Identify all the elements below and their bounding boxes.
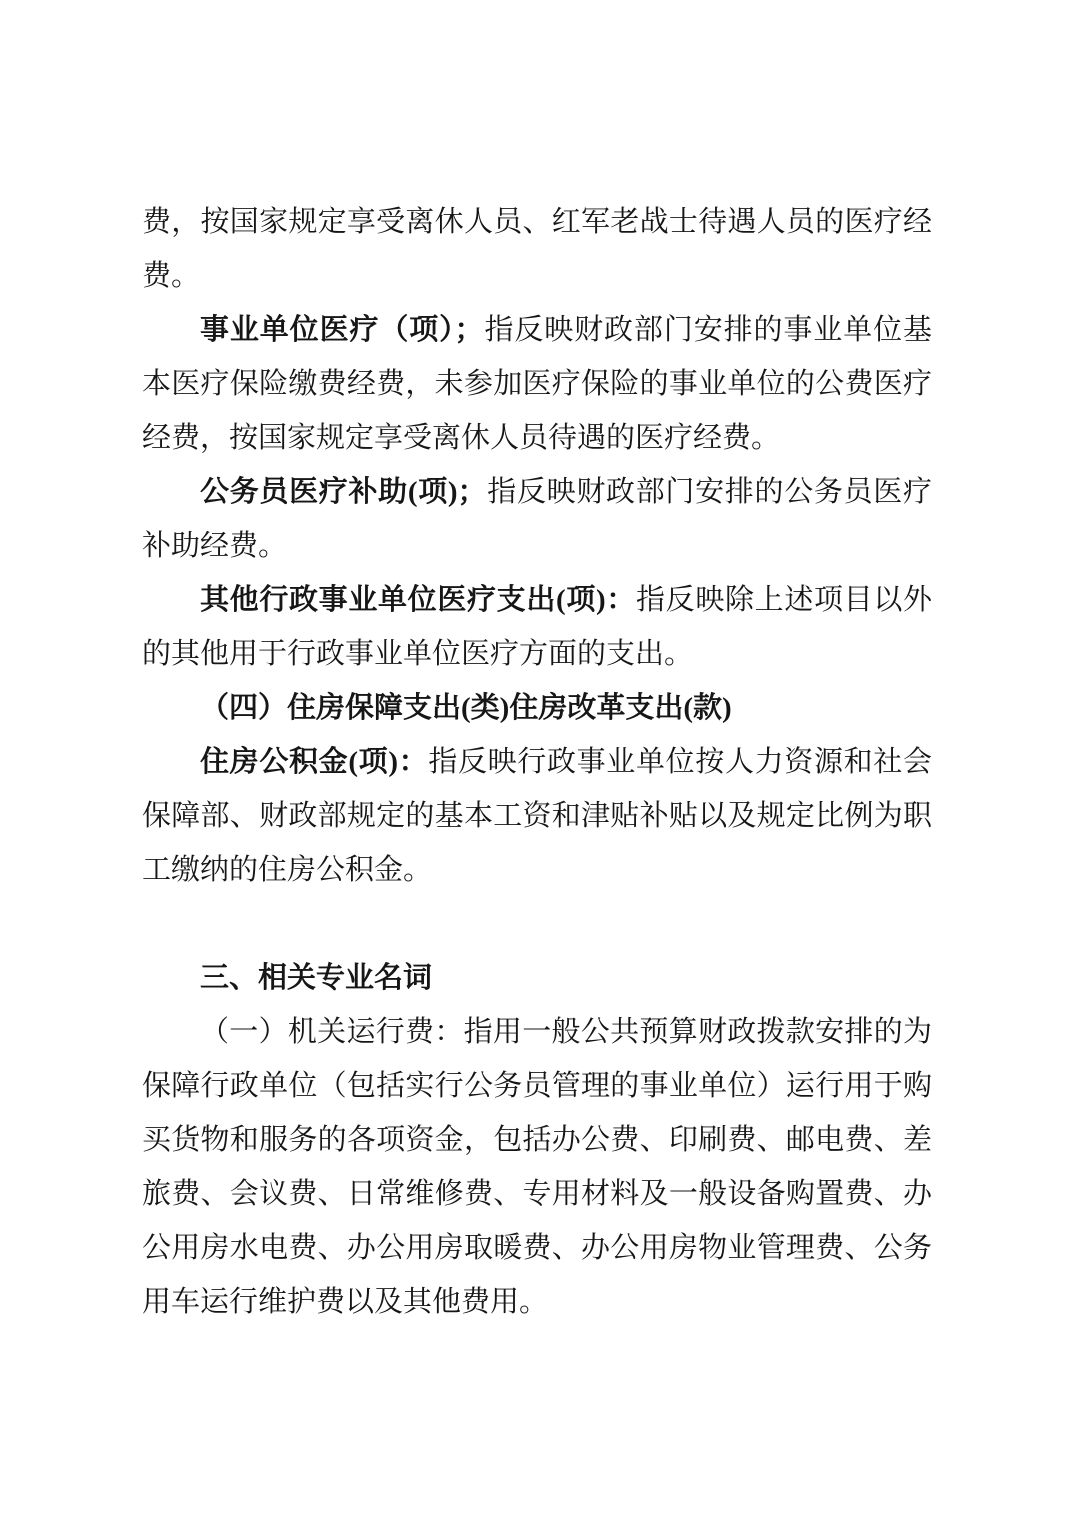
line-text: 保障部、财政部规定的基本工资和津贴补贴以及规定比例为职 [142, 800, 932, 832]
text-line: 用车运行维护费以及其他费用。 [142, 1275, 932, 1329]
text-line: 费，按国家规定享受离休人员、红军老战士待遇人员的医疗经 [142, 195, 932, 249]
line-text: 工缴纳的住房公积金。 [142, 854, 432, 886]
line-text: 旅费、会议费、日常维修费、专用材料及一般设备购置费、办 [142, 1178, 932, 1210]
document-page: 费，按国家规定享受离休人员、红军老战士待遇人员的医疗经 费。 事业单位医疗（项）… [0, 0, 1074, 1520]
blank-line [142, 897, 932, 951]
term-label: 事业单位医疗（项）； [200, 314, 484, 346]
line-text: 费。 [142, 260, 200, 292]
document-content: 费，按国家规定享受离休人员、红军老战士待遇人员的医疗经 费。 事业单位医疗（项）… [142, 195, 932, 1329]
text-line: 事业单位医疗（项）；指反映财政部门安排的事业单位基 [142, 303, 932, 357]
line-text: 指反映财政部门安排的事业单位基 [484, 314, 932, 346]
line-text: 用车运行维护费以及其他费用。 [142, 1286, 548, 1318]
text-line: 保障行政单位（包括实行公务员管理的事业单位）运行用于购 [142, 1059, 932, 1113]
text-line: 公务员医疗补助(项)；指反映财政部门安排的公务员医疗 [142, 465, 932, 519]
line-text: 指反映除上述项目以外 [636, 584, 932, 616]
line-text: 补助经费。 [142, 530, 287, 562]
line-text: 费，按国家规定享受离休人员、红军老战士待遇人员的医疗经 [142, 206, 932, 238]
line-text: 买货物和服务的各项资金，包括办公费、印刷费、邮电费、差 [142, 1124, 932, 1156]
text-line: 补助经费。 [142, 519, 932, 573]
line-text: （一）机关运行费：指用一般公共预算财政拨款安排的为 [200, 1016, 932, 1048]
line-text: 指反映财政部门安排的公务员医疗 [487, 476, 932, 508]
text-line: 费。 [142, 249, 932, 303]
text-line: 本医疗保险缴费经费，未参加医疗保险的事业单位的公费医疗 [142, 357, 932, 411]
text-line: 旅费、会议费、日常维修费、专用材料及一般设备购置费、办 [142, 1167, 932, 1221]
subsection-heading: （四）住房保障支出(类)住房改革支出(款) [142, 681, 932, 735]
term-label: 公务员医疗补助(项)； [200, 476, 487, 508]
line-text: 的其他用于行政事业单位医疗方面的支出。 [142, 638, 693, 670]
line-text: 指反映行政事业单位按人力资源和社会 [428, 746, 932, 778]
term-label: （四）住房保障支出(类)住房改革支出(款) [200, 692, 732, 724]
term-label: 其他行政事业单位医疗支出(项)： [200, 584, 636, 616]
text-line: （一）机关运行费：指用一般公共预算财政拨款安排的为 [142, 1005, 932, 1059]
text-line: 工缴纳的住房公积金。 [142, 843, 932, 897]
text-line: 公用房水电费、办公用房取暖费、办公用房物业管理费、公务 [142, 1221, 932, 1275]
line-text: 保障行政单位（包括实行公务员管理的事业单位）运行用于购 [142, 1070, 932, 1102]
term-label: 三、相关专业名词 [200, 962, 432, 994]
text-line: 的其他用于行政事业单位医疗方面的支出。 [142, 627, 932, 681]
line-text: 本医疗保险缴费经费，未参加医疗保险的事业单位的公费医疗 [142, 368, 932, 400]
text-line: 住房公积金(项)：指反映行政事业单位按人力资源和社会 [142, 735, 932, 789]
line-text: 经费，按国家规定享受离休人员待遇的医疗经费。 [142, 422, 780, 454]
line-text: 公用房水电费、办公用房取暖费、办公用房物业管理费、公务 [142, 1232, 932, 1264]
text-line: 买货物和服务的各项资金，包括办公费、印刷费、邮电费、差 [142, 1113, 932, 1167]
text-line: 保障部、财政部规定的基本工资和津贴补贴以及规定比例为职 [142, 789, 932, 843]
term-label: 住房公积金(项)： [200, 746, 428, 778]
text-line: 其他行政事业单位医疗支出(项)：指反映除上述项目以外 [142, 573, 932, 627]
text-line: 经费，按国家规定享受离休人员待遇的医疗经费。 [142, 411, 932, 465]
section-heading: 三、相关专业名词 [142, 951, 932, 1005]
